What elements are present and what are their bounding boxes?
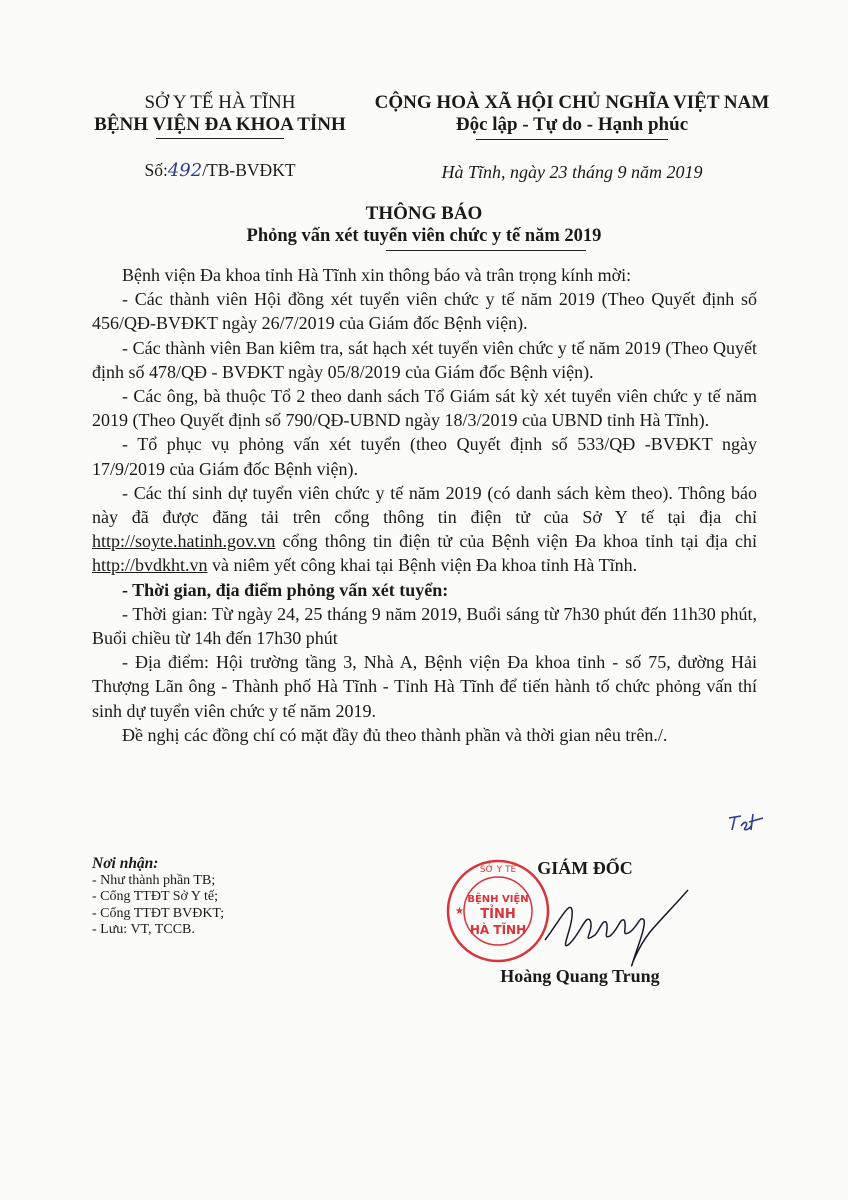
document-subtitle: Phỏng vấn xét tuyển viên chức y tế năm 2… (0, 226, 848, 247)
motto-underline (476, 139, 668, 140)
invitee-item: - Các thành viên Ban kiêm tra, sát hạch … (92, 336, 757, 384)
recipient-item: - Cổng TTĐT Sở Y tế; (92, 889, 224, 906)
stamp-line3: HÀ TĨNH (470, 922, 526, 937)
invitee-item: - Tổ phục vụ phỏng vấn xét tuyển (theo Q… (92, 432, 757, 480)
document-number: Số:492/TB-BVĐKT (80, 160, 360, 181)
signer-name: Hoàng Quang Trung (470, 966, 690, 987)
soyte-link[interactable]: http://soyte.hatinh.gov.vn (92, 531, 275, 551)
bvdkht-link[interactable]: http://bvdkht.vn (92, 555, 208, 575)
candidates-paragraph: - Các thí sinh dự tuyển viên chức y tế n… (92, 481, 757, 578)
invitee-item: - Các thành viên Hội đồng xét tuyển viên… (92, 287, 757, 335)
doc-no-suffix: /TB-BVĐKT (202, 160, 295, 180)
recipient-item: - Lưu: VT, TCCB. (92, 922, 224, 939)
document-title: THÔNG BÁO (0, 203, 848, 225)
invitee-item: - Các ông, bà thuộc Tổ 2 theo danh sách … (92, 384, 757, 432)
candidates-text: và niêm yết công khai tại Bệnh viện Đa k… (208, 555, 638, 575)
recipients-block: Nơi nhận: - Như thành phần TB; - Cổng TT… (92, 856, 224, 939)
stamp-line2: TỈNH (480, 905, 515, 922)
org-name: BỆNH VIỆN ĐA KHOA TỈNH (80, 114, 360, 136)
org-parent: SỞ Y TẾ HÀ TĨNH (80, 92, 360, 114)
stamp-star: ★ (455, 906, 464, 917)
org-underline (156, 138, 284, 139)
nation-title: CỘNG HOÀ XÃ HỘI CHỦ NGHĨA VIỆT NAM (352, 92, 792, 114)
handwritten-signature (540, 880, 690, 970)
intro-paragraph: Bệnh viện Đa khoa tỉnh Hà Tĩnh xin thông… (92, 263, 757, 287)
recipients-label: Nơi nhận: (92, 856, 224, 873)
location-paragraph: - Địa điểm: Hội trường tầng 3, Nhà A, Bệ… (92, 650, 757, 723)
doc-no-prefix: Số: (144, 160, 167, 180)
recipient-item: - Như thành phần TB; (92, 873, 224, 890)
time-paragraph: - Thời gian: Từ ngày 24, 25 tháng 9 năm … (92, 602, 757, 650)
document-body: Bệnh viện Đa khoa tỉnh Hà Tĩnh xin thông… (92, 263, 757, 747)
candidates-text: - Các thí sinh dự tuyển viên chức y tế n… (92, 483, 757, 527)
closing-paragraph: Đề nghị các đồng chí có mặt đầy đủ theo … (92, 723, 757, 747)
motto: Độc lập - Tự do - Hạnh phúc (352, 114, 792, 136)
candidates-text: cổng thông tin điện tử của Bệnh viện Đa … (275, 531, 757, 551)
initials-mark (727, 812, 767, 834)
subtitle-underline (386, 250, 586, 251)
place-date: Hà Tĩnh, ngày 23 tháng 9 năm 2019 (352, 162, 792, 183)
recipient-item: - Cổng TTĐT BVĐKT; (92, 906, 224, 923)
schedule-heading: - Thời gian, địa điểm phỏng vấn xét tuyể… (92, 578, 757, 602)
signer-role: GIÁM ĐỐC (470, 858, 700, 879)
doc-no-handwritten: 492 (168, 160, 202, 181)
stamp-line1: BỆNH VIỆN (467, 892, 528, 905)
